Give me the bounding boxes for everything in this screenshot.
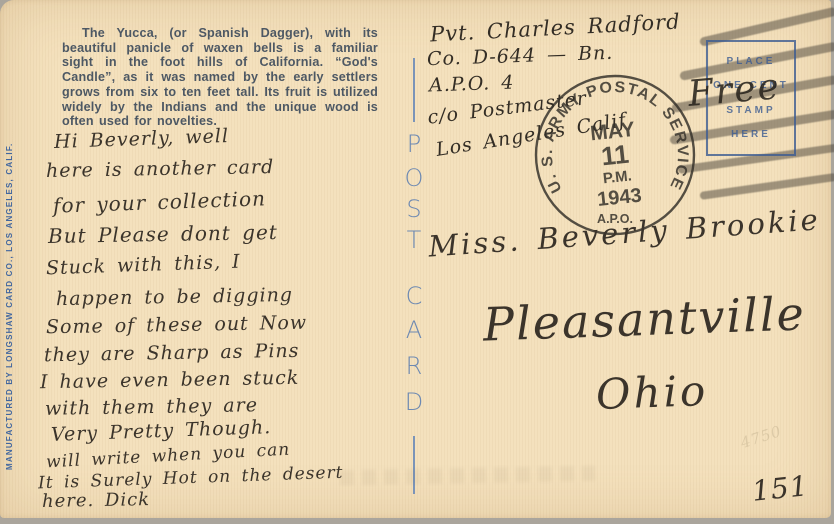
recipient-state: Ohio [595, 366, 709, 419]
post-card-divider: P O S T C A R D [402, 58, 426, 498]
divider-letter: A [402, 316, 426, 344]
faint-pencil-smudge [340, 466, 595, 485]
message-line: happen to be digging [56, 284, 293, 310]
stamp-box-line: HERE [731, 129, 771, 140]
divider-letter: C [402, 282, 426, 310]
collection-number: 151 [750, 469, 810, 508]
divider-rule-top [413, 58, 415, 122]
postmark-year: 1943 [596, 184, 643, 211]
message-line: I have even been stuck [40, 367, 300, 394]
message-line: Some of these out Now [46, 312, 307, 339]
postmark-day: 11 [600, 139, 630, 172]
message-line: here is another card [46, 156, 275, 182]
recipient-city: Pleasantville [482, 286, 807, 351]
printed-description: The Yucca, (or Spanish Dagger), with its… [62, 26, 378, 129]
postcard-back: MANUFACTURED BY LONGSHAW CARD CO., LOS A… [0, 0, 831, 518]
postmark-meridiem: P.M. [602, 167, 633, 187]
stamp-box-line: PLACE [727, 56, 776, 67]
sender-line: A.P.O. 4 [429, 72, 515, 97]
message-line: Stuck with this, I [46, 251, 241, 280]
divider-letter: O [402, 164, 426, 192]
message-line: with them they are [45, 394, 258, 420]
divider-letter: S [402, 195, 426, 223]
divider-rule-bottom [413, 436, 415, 494]
message-line: Hi Beverly, well [54, 125, 230, 153]
faint-pencil-number: 4750 [738, 422, 784, 452]
message-signature: here. Dick [42, 489, 150, 512]
message-line: for your collection [53, 186, 267, 217]
divider-letter: R [402, 352, 426, 380]
cancellation-bar [699, 173, 834, 200]
divider-letter: P [402, 130, 426, 158]
free-frank-scrawl: Free [686, 66, 782, 115]
message-line: But Please dont get [48, 220, 278, 248]
divider-letter: T [402, 226, 426, 254]
sender-line: Co. D-644 — Bn. [427, 42, 614, 70]
sender-line: Pvt. Charles Radford [430, 9, 682, 46]
publisher-line: MANUFACTURED BY LONGSHAW CARD CO., LOS A… [5, 78, 14, 470]
message-line: they are Sharp as Pins [44, 340, 300, 366]
divider-letter: D [402, 388, 426, 416]
